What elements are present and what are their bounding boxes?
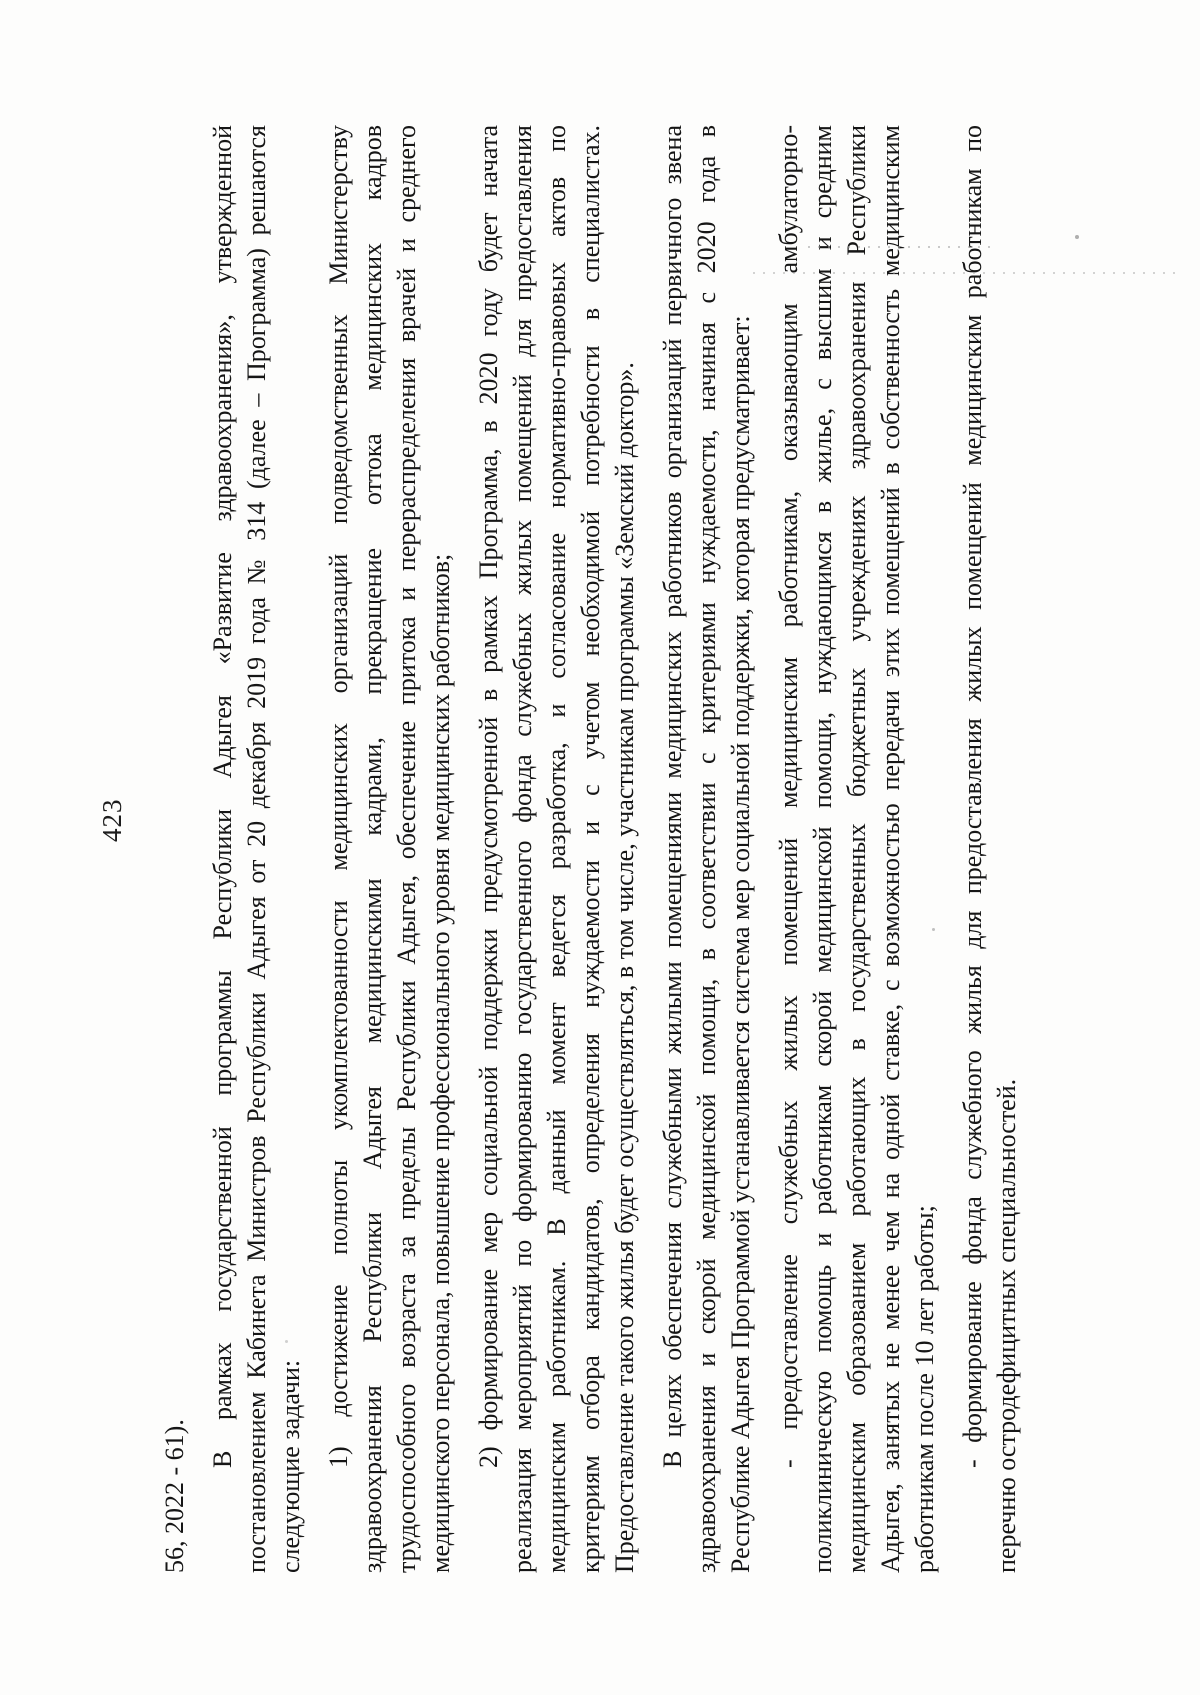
text-line: здравоохранения Республики Адыгея медици… — [356, 125, 390, 1573]
text-line: Адыгея, занятых не менее чем на одной ст… — [874, 125, 908, 1573]
text-line: Предоставление такого жилья будет осущес… — [608, 125, 642, 1573]
scan-artifact-speck — [1075, 235, 1079, 239]
paragraph: - предоставление служебных жилых помещен… — [772, 125, 942, 1573]
text-line: - формирование фонда служебного жилья дл… — [956, 125, 990, 1573]
scan-artifact-line — [808, 246, 992, 248]
paragraph: В целях обеспечения служебными жилыми по… — [656, 125, 758, 1573]
text-line: критериям отбора кандидатов, определения… — [574, 125, 608, 1573]
paragraph: 2) формирование мер социальной поддержки… — [472, 125, 642, 1573]
text-line: следующие задачи: — [274, 125, 308, 1573]
paragraph: 1) достижение полноты укомплектованности… — [322, 125, 458, 1573]
text-line: поликлиническую помощь и работникам скор… — [806, 125, 840, 1573]
text-line: медицинского персонала, повышение профес… — [424, 125, 458, 1573]
document-page: 423 56, 2022 - 61). В рамках государстве… — [0, 0, 1200, 1695]
text-line: 1) достижение полноты укомплектованности… — [322, 125, 356, 1573]
document-body: 56, 2022 - 61). В рамках государственной… — [158, 125, 1024, 1573]
text-line: 2) формирование мер социальной поддержки… — [472, 125, 506, 1573]
text-line: работникам после 10 лет работы; — [908, 125, 942, 1573]
scan-artifact-speck — [285, 1340, 288, 1343]
paragraph: В рамках государственной программы Респу… — [206, 125, 308, 1573]
paragraph: - формирование фонда служебного жилья дл… — [956, 125, 1024, 1573]
paragraph: 56, 2022 - 61). — [158, 125, 192, 1573]
text-line: перечню остродефицитных специальностей. — [990, 125, 1024, 1573]
text-line: трудоспособного возраста за пределы Респ… — [390, 125, 424, 1573]
text-line: реализация мероприятий по формированию г… — [506, 125, 540, 1573]
scanned-sheet: 423 56, 2022 - 61). В рамках государстве… — [0, 0, 1200, 1695]
text-line: Республике Адыгея Программой устанавлива… — [724, 125, 758, 1573]
text-line: 56, 2022 - 61). — [158, 125, 192, 1573]
scan-artifact-speck — [932, 928, 935, 931]
scan-artifact-line — [753, 272, 1181, 274]
text-line: - предоставление служебных жилых помещен… — [772, 125, 806, 1573]
page-number: 423 — [99, 799, 126, 843]
text-line: здравоохранения и скорой медицинской пом… — [690, 125, 724, 1573]
text-line: медицинским образованием работающих в го… — [840, 125, 874, 1573]
text-line: медицинским работникам. В данный момент … — [540, 125, 574, 1573]
text-line: В рамках государственной программы Респу… — [206, 125, 240, 1573]
text-line: В целях обеспечения служебными жилыми по… — [656, 125, 690, 1573]
text-line: постановлением Кабинета Министров Респуб… — [240, 125, 274, 1573]
